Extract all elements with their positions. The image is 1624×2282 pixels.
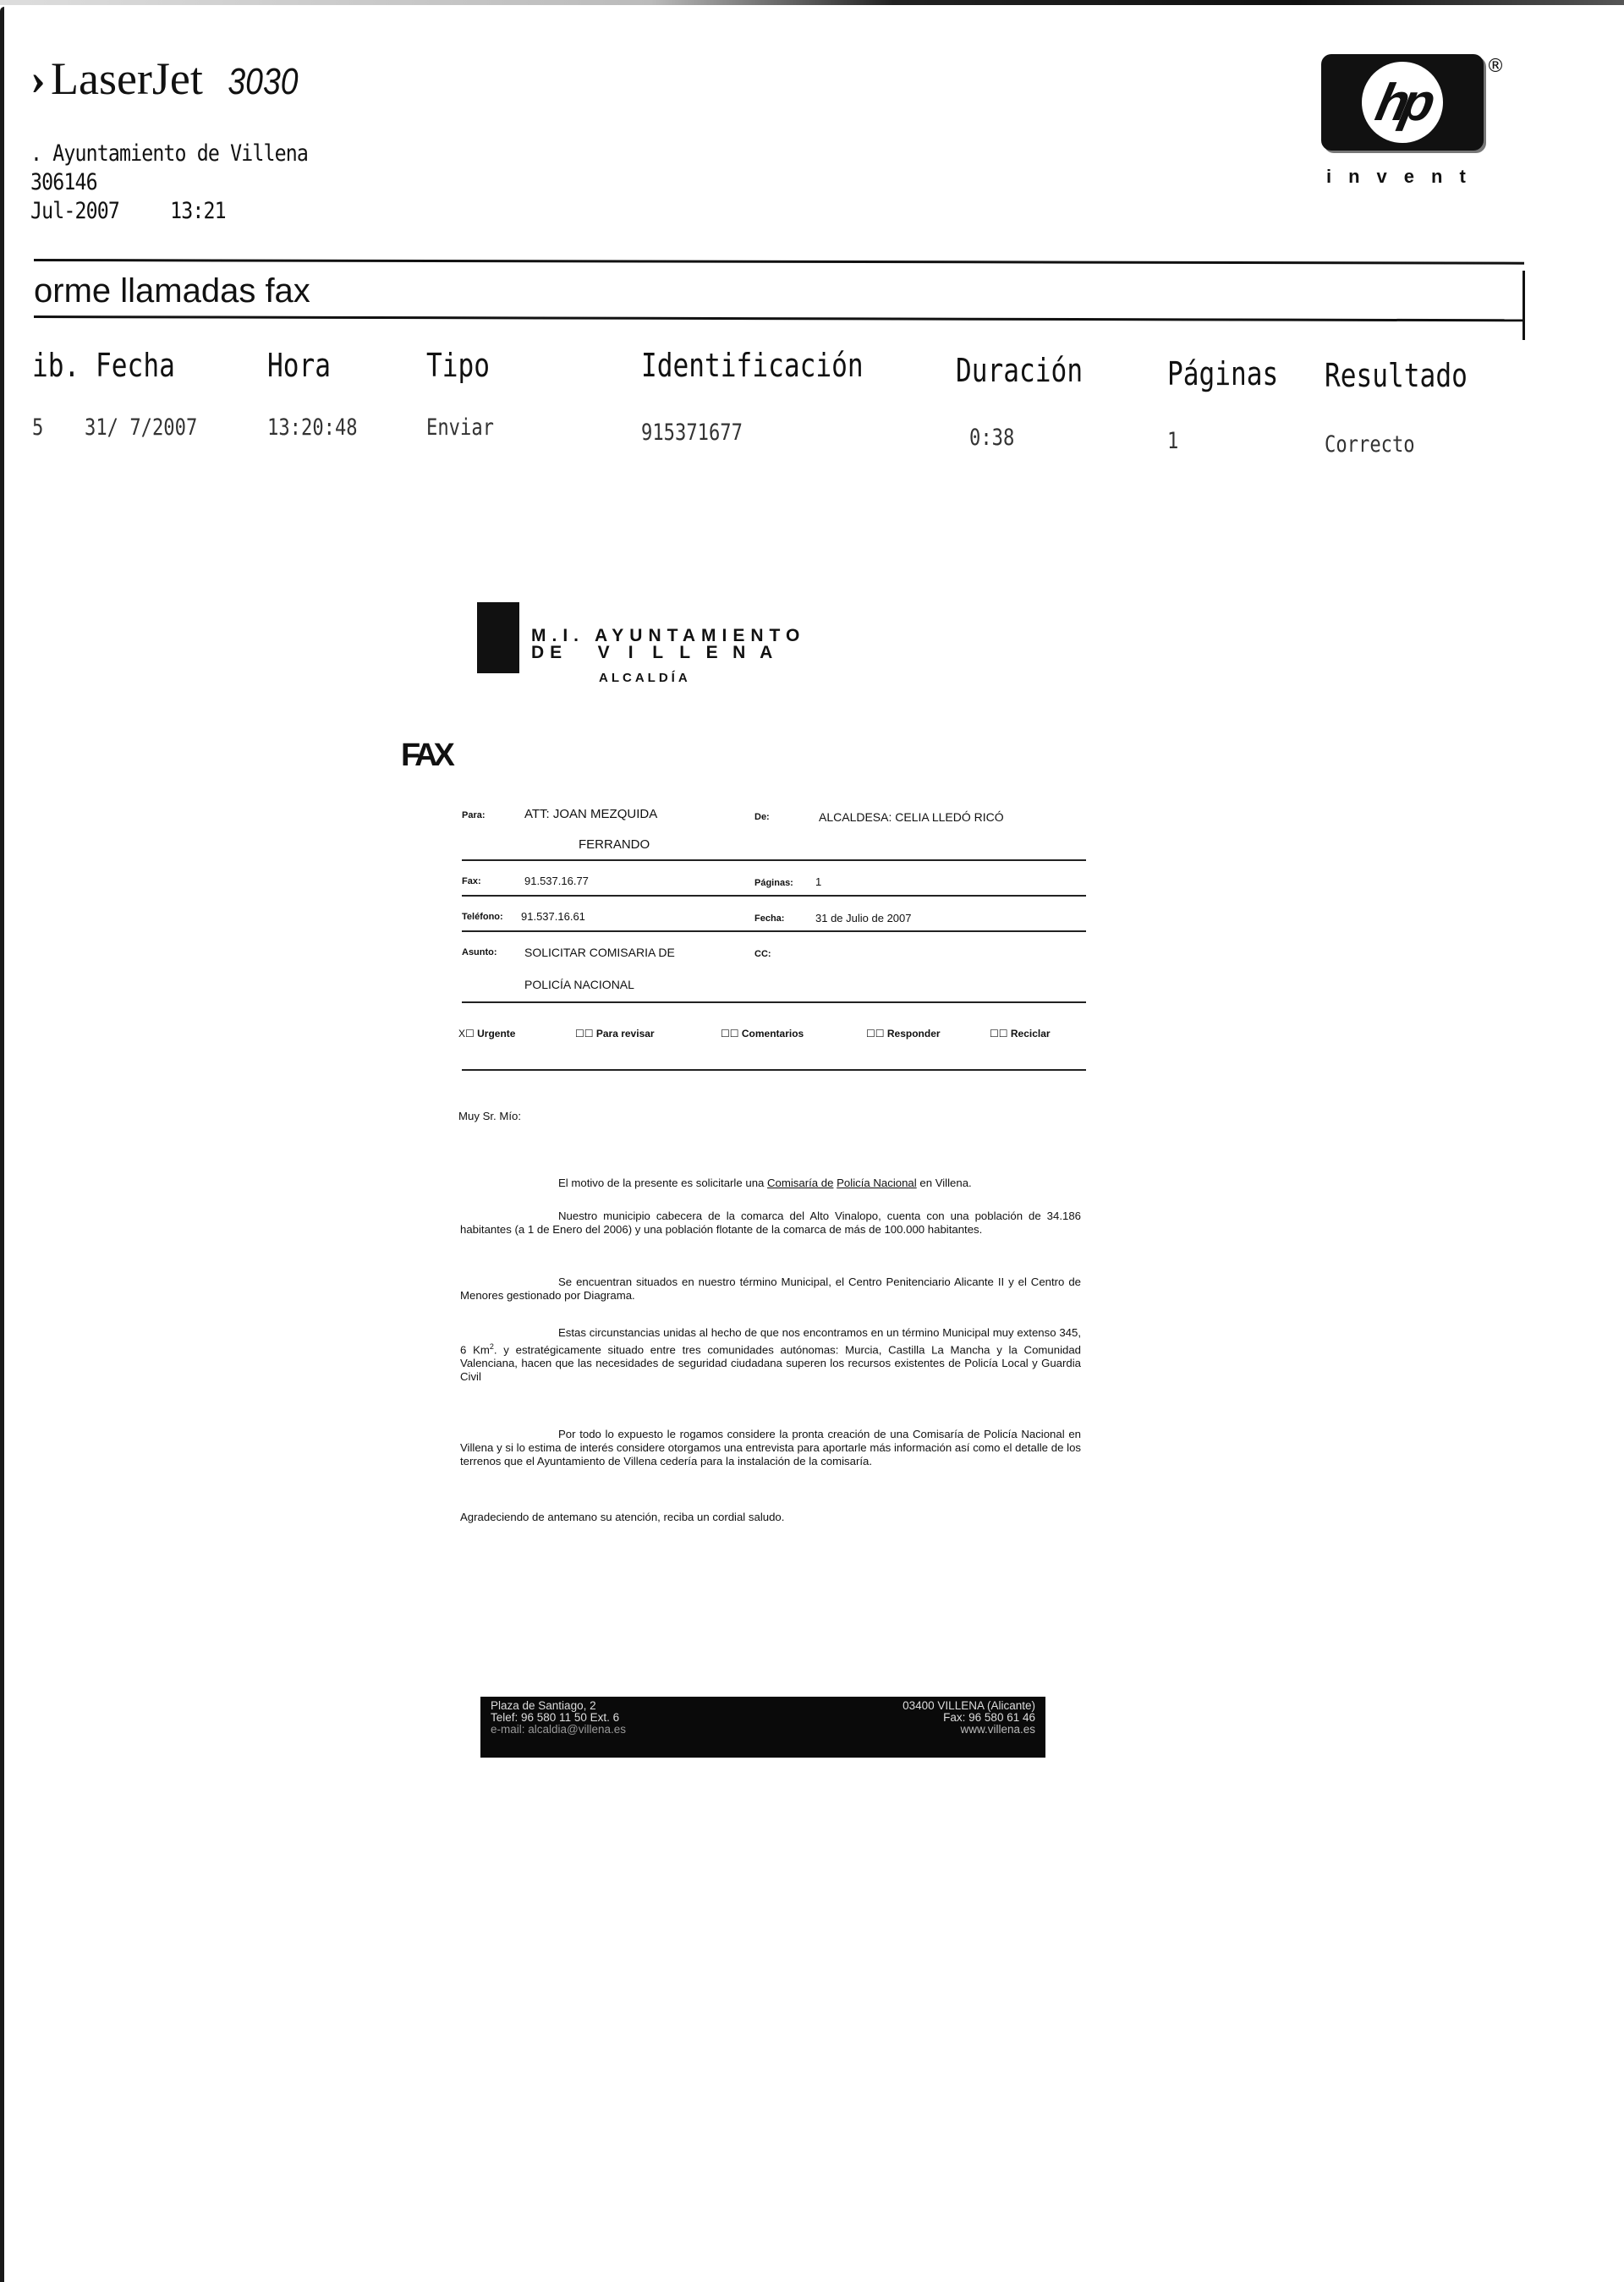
footer-email: e-mail: alcaldia@villena.es <box>491 1724 626 1736</box>
p1-underline-2: Policía Nacional <box>837 1177 917 1189</box>
salutation: Muy Sr. Mío: <box>458 1110 521 1123</box>
letterhead-letter: N <box>728 643 755 663</box>
divider <box>462 859 1086 861</box>
report-datetime: Jul-200713:21 <box>30 198 226 224</box>
title-box-edge <box>1522 271 1525 340</box>
cell-identificacion: 915371677 <box>641 420 743 446</box>
asunto-value-2: POLICÍA NACIONAL <box>524 978 634 991</box>
cc-label: CC: <box>754 949 771 959</box>
footer-address: Plaza de Santiago, 2 <box>491 1700 626 1712</box>
cell-hora: 13:20:48 <box>267 414 358 441</box>
letter-footer: Plaza de Santiago, 2 Telef: 96 580 11 50… <box>480 1697 1045 1758</box>
org-name: . Ayuntamiento de Villena <box>30 140 308 167</box>
printer-model: 3030 <box>228 63 298 101</box>
fax-heading: FAX <box>401 738 451 774</box>
de-value: ALCALDESA: CELIA LLEDÓ RICÓ <box>819 810 1004 824</box>
paragraph-5: Por todo lo expuesto le rogamos consider… <box>460 1428 1081 1468</box>
paragraph-4: Estas circunstancias unidas al hecho de … <box>460 1326 1081 1384</box>
divider <box>462 930 1086 932</box>
col-header-fecha: ib. Fecha <box>32 347 175 384</box>
p4-text-end: . y estratégicamente situado entre tres … <box>460 1343 1081 1383</box>
cell-fecha: 31/ 7/2007 <box>85 414 197 441</box>
para-value-2: FERRANDO <box>579 837 650 852</box>
report-title: orme llamadas fax <box>34 272 310 310</box>
telefono-label: Teléfono: <box>462 912 503 922</box>
letterhead-letter: I <box>620 643 647 663</box>
divider <box>34 315 1524 321</box>
option-para-revisar[interactable]: ☐☐ Para revisar <box>575 1028 655 1040</box>
hp-tagline: invent <box>1326 166 1483 188</box>
option-responder[interactable]: ☐☐ Responder <box>866 1028 941 1040</box>
letterhead-letter: L <box>674 643 701 663</box>
paragraph-1: El motivo de la presente es solicitarle … <box>558 1177 1083 1190</box>
cell-duracion: 0:38 <box>969 425 1014 451</box>
fecha-label: Fecha: <box>754 913 784 924</box>
p1-text: El motivo de la presente es solicitarle … <box>558 1177 767 1189</box>
col-header-duracion: Duración <box>956 352 1083 389</box>
divider <box>462 1069 1086 1071</box>
col-header-hora: Hora <box>267 347 331 384</box>
de-label: De: <box>754 812 770 822</box>
cell-num: 5 <box>32 414 43 441</box>
col-header-paginas: Páginas <box>1167 355 1278 392</box>
letterhead-letter: A <box>755 643 782 663</box>
villena-crest-icon <box>477 602 519 673</box>
paginas-value: 1 <box>815 875 821 888</box>
scan-top-edge <box>0 0 1624 5</box>
letterhead-letter: L <box>647 643 674 663</box>
footer-web: www.villena.es <box>903 1724 1035 1736</box>
hp-logo-text: hp <box>1371 73 1435 133</box>
letterhead-alcaldia: ALCALDÍA <box>599 671 691 685</box>
paragraph-2: Nuestro municipio cabecera de la comarca… <box>460 1210 1081 1237</box>
option-label: Urgente <box>477 1028 515 1040</box>
asunto-label: Asunto: <box>462 947 497 957</box>
report-date: Jul-2007 <box>30 198 119 224</box>
p1-underline-1: Comisaría de <box>767 1177 833 1189</box>
registered-mark: ® <box>1486 56 1505 77</box>
printer-title: ›LaserJet3030 <box>30 56 304 101</box>
letterhead-letter: E <box>701 643 728 663</box>
printer-brand: LaserJet <box>51 53 203 104</box>
option-label: Para revisar <box>596 1028 655 1040</box>
fax-label: Fax: <box>462 876 481 886</box>
col-header-resultado: Resultado <box>1325 357 1468 394</box>
telefono-value: 91.537.16.61 <box>521 910 585 923</box>
letterhead-letter: V <box>593 643 620 663</box>
footer-phone: Telef: 96 580 11 50 Ext. 6 <box>491 1712 626 1724</box>
cell-resultado: Correcto <box>1325 431 1415 458</box>
letterhead-de: DE <box>531 643 568 663</box>
report-time: 13:21 <box>170 198 226 224</box>
option-comentarios[interactable]: ☐☐ Comentarios <box>721 1028 804 1040</box>
checkbox-icon: X☐ <box>458 1028 475 1040</box>
cell-tipo: Enviar <box>426 414 494 441</box>
p1-text-end: en Villena. <box>917 1177 972 1189</box>
scan-left-edge <box>0 7 4 2282</box>
fecha-value: 31 de Julio de 2007 <box>815 912 911 924</box>
col-header-identificacion: Identificación <box>641 347 864 384</box>
checkbox-icon: ☐☐ <box>990 1028 1008 1040</box>
asunto-value: SOLICITAR COMISARIA DE <box>524 946 675 959</box>
footer-city: 03400 VILLENA (Alicante) <box>903 1700 1035 1712</box>
letterhead-line2: DEVILLENA <box>531 643 782 663</box>
para-label: Para: <box>462 810 486 820</box>
hp-logo-icon: hp <box>1321 54 1484 151</box>
para-value: ATT: JOAN MEZQUIDA <box>524 807 657 821</box>
paragraph-3: Se encuentran situados en nuestro términ… <box>460 1275 1081 1303</box>
footer-fax: Fax: 96 580 61 46 <box>903 1712 1035 1724</box>
option-label: Responder <box>887 1028 941 1040</box>
divider <box>34 259 1524 265</box>
divider <box>462 1001 1086 1003</box>
option-urgente[interactable]: X☐ Urgente <box>458 1028 515 1040</box>
sender-fax-number: 306146 <box>30 169 97 195</box>
option-label: Comentarios <box>742 1028 804 1040</box>
checkbox-icon: ☐☐ <box>721 1028 739 1040</box>
divider <box>462 895 1086 897</box>
option-label: Reciclar <box>1011 1028 1051 1040</box>
paginas-label: Páginas: <box>754 878 793 888</box>
fax-value: 91.537.16.77 <box>524 875 589 887</box>
checkbox-icon: ☐☐ <box>575 1028 594 1040</box>
option-reciclar[interactable]: ☐☐ Reciclar <box>990 1028 1051 1040</box>
col-header-tipo: Tipo <box>426 347 490 384</box>
cell-paginas: 1 <box>1167 428 1178 454</box>
closing: Agradeciendo de antemano su atención, re… <box>460 1511 1081 1524</box>
checkbox-icon: ☐☐ <box>866 1028 885 1040</box>
